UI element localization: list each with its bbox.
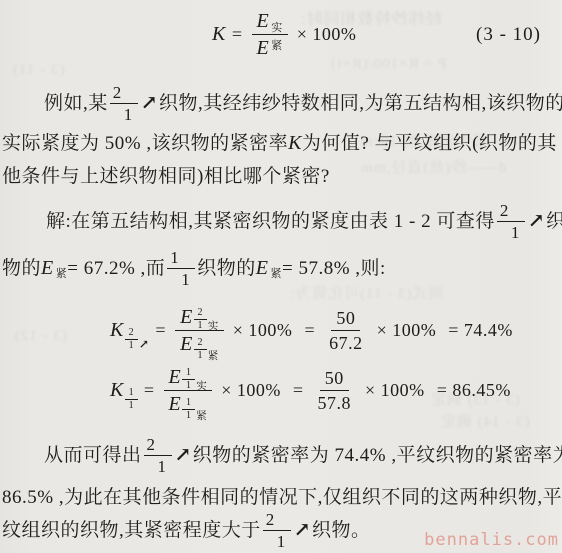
twill-arrow-icon: ↗	[528, 211, 545, 231]
sub-fraction-denominator: 1	[186, 410, 192, 421]
text-run: = 67.2% ,而	[67, 259, 165, 278]
fraction-numerator: 2	[144, 436, 172, 456]
fraction-denominator: 1	[110, 104, 138, 123]
text-run: 织物的紧密率为 74.4% ,平纹织物的紧密率为	[193, 446, 562, 465]
subscript-tight: 紧	[56, 269, 68, 280]
e-symbol: E	[256, 258, 269, 278]
subscript-tight: 紧	[196, 412, 207, 423]
fraction-denominator: 1	[167, 269, 195, 288]
site-watermark: bennalis.com	[424, 530, 559, 550]
subscript-tight: 紧	[271, 41, 283, 52]
text-run: = 57.8% ,则:	[282, 259, 386, 278]
sub-fraction-denominator: 1	[129, 400, 135, 411]
e-symbol: E	[41, 258, 54, 278]
k-symbol: K	[110, 320, 124, 340]
fraction-numerator: 2	[110, 84, 138, 104]
sub-fraction-denominator: 1	[198, 320, 204, 331]
scanned-page: 经纬纱特数相同时: P = R×100/(R+t) (3 - 11) P——最大…	[0, 0, 562, 553]
text-run: 实际紧度为 50% ,该织物的紧密率	[2, 134, 288, 153]
text-run: 从而可得出	[44, 446, 142, 465]
times-100-percent: × 100%	[221, 381, 281, 399]
equation-result: = 86.45%	[437, 381, 511, 399]
fraction-denominator: 1	[144, 456, 172, 475]
sub-fraction-numerator: 2	[194, 338, 207, 350]
formula-k-definition: K = E 实 E 紧 × 100%	[212, 6, 362, 62]
sub-fraction-numerator: 2	[125, 328, 138, 340]
weave-fraction-1-1: 1 1	[167, 249, 195, 288]
twill-arrow-icon: ↗	[294, 520, 311, 540]
sub-fraction-numerator: 1	[182, 368, 195, 380]
sub-fraction-denominator: 1	[129, 340, 135, 351]
fraction-numerator: 2	[263, 511, 291, 531]
equals-sign: =	[232, 25, 243, 43]
text-run: 为何值? 与平纹组织(织物的其	[302, 134, 557, 153]
times-100-percent: × 100%	[377, 321, 437, 339]
times-100-percent: × 100%	[233, 321, 293, 339]
e-subscript: 21 紧	[194, 338, 219, 361]
twill-arrow-icon: ↗	[139, 338, 150, 350]
fraction-numerator: 2	[497, 202, 525, 222]
e-symbol: E	[257, 11, 270, 31]
k-subscript-2-1-arrow: 21 ↗	[125, 328, 150, 351]
paragraph1-line2: 实际紧度为 50% ,该织物的紧密率 K 为何值? 与平纹组织(织物的其	[2, 127, 557, 159]
fraction-e-terms: E 11 实 E 11 紧	[164, 364, 213, 417]
sub-fraction-denominator: 1	[198, 350, 204, 361]
equation-k-plain: K 11 = E 11 实 E 11 紧 × 100% = 5	[110, 360, 517, 420]
fraction-denominator: 67.2	[324, 331, 368, 352]
text-run: 纹组织的织物,其紧密程度大于	[2, 521, 261, 540]
fraction-numerator: 50	[331, 309, 360, 331]
paragraph1-line3: 他条件与上述织物相同)相比哪个紧密?	[2, 160, 330, 192]
sub-fraction-numerator: 1	[125, 388, 138, 400]
sub-fraction-numerator: 1	[182, 398, 195, 410]
bleedthrough-text: (3 - 12)	[14, 328, 67, 345]
fraction-denominator: 1	[263, 531, 291, 550]
subscript-actual: 实	[196, 382, 207, 393]
equals-sign: =	[144, 381, 155, 399]
e-subscript: 11 紧	[182, 398, 207, 421]
fraction-e-shi-over-e-jin: E 实 E 紧	[252, 11, 288, 58]
text-run: 他条件与上述织物相同)相比哪个紧密?	[2, 167, 330, 186]
e-symbol: E	[257, 38, 270, 58]
fraction-e-terms: E 21 实 E 21 紧	[175, 304, 224, 357]
equals-sign: =	[155, 321, 166, 339]
times-100-percent: × 100%	[365, 381, 425, 399]
bleedthrough-text: d——纱(丝)直径,mm	[360, 156, 507, 177]
weave-fraction-2-1: 2 1	[263, 511, 291, 550]
twill-arrow-icon: ↗	[175, 445, 192, 465]
fraction-numerator: 50	[320, 369, 349, 391]
text-run: 织	[546, 212, 562, 231]
text-run: 织物,其经纬纱特数相同,为第五结构相,该织物的	[159, 94, 562, 113]
equation-k-twill: K 21 ↗ = E 21 实 E 21 紧 × 100% =	[110, 300, 519, 360]
solution-line2: 物的 E 紧 = 67.2% ,而 1 1 织物的 E 紧 = 57.8% ,则…	[2, 246, 386, 290]
e-subscript: 21 实	[194, 308, 219, 331]
fraction-denominator: 1	[497, 222, 525, 241]
e-symbol: E	[180, 334, 193, 354]
k-symbol: K	[288, 133, 302, 153]
text-run: 织物的	[197, 259, 256, 278]
sub-fraction-denominator: 1	[186, 380, 192, 391]
k-symbol: K	[110, 380, 124, 400]
equation-number: (3 - 10)	[476, 24, 541, 46]
equals-sign: =	[304, 321, 315, 339]
fraction-50-57-8: 50 57.8	[313, 369, 357, 412]
text-run: 织物。	[312, 521, 371, 540]
times-100-percent: × 100%	[297, 25, 357, 43]
paragraph2-line3: 纹组织的织物,其紧密程度大于 2 1 ↗ 织物。	[2, 506, 371, 553]
weave-fraction-2-1: 2 1	[144, 436, 172, 475]
text-run: 例如,某	[44, 94, 108, 113]
weave-fraction-2-1: 2 1	[497, 202, 525, 241]
subscript-actual: 实	[208, 322, 219, 333]
paragraph2-line1: 从而可得出 2 1 ↗ 织物的紧密率为 74.4% ,平纹织物的紧密率为	[44, 428, 562, 482]
equals-sign: =	[293, 381, 304, 399]
e-subscript: 11 实	[182, 368, 207, 391]
weave-fraction-2-1: 2 1	[110, 84, 138, 123]
text-run: 物的	[2, 259, 41, 278]
text-run: 86.5% ,为此在其他条件相同的情况下,仅组织不同的这两种织物,平	[2, 488, 562, 507]
fraction-numerator: 1	[167, 249, 195, 269]
text-run: 解:在第五结构相,其紧密织物的紧度由表 1 - 2 可查得	[46, 212, 495, 231]
bleedthrough-text: (3 - 11)	[12, 62, 64, 79]
e-symbol: E	[169, 367, 182, 387]
e-symbol: E	[180, 307, 193, 327]
fraction-50-67-2: 50 67.2	[324, 309, 368, 352]
solution-line1: 解:在第五结构相,其紧密织物的紧度由表 1 - 2 可查得 2 1 ↗ 织	[46, 194, 562, 248]
equation-result: = 74.4%	[448, 321, 513, 339]
twill-arrow-icon: ↗	[141, 93, 158, 113]
paragraph1-line1: 例如,某 2 1 ↗ 织物,其经纬纱特数相同,为第五结构相,该织物的	[44, 78, 562, 128]
e-symbol: E	[169, 394, 182, 414]
fraction-denominator: 57.8	[313, 391, 357, 412]
subscript-tight: 紧	[271, 269, 283, 280]
k-symbol: K	[212, 24, 226, 44]
subscript-actual: 实	[271, 23, 283, 34]
k-subscript-1-1: 11	[125, 388, 138, 411]
sub-fraction-numerator: 2	[194, 308, 207, 320]
